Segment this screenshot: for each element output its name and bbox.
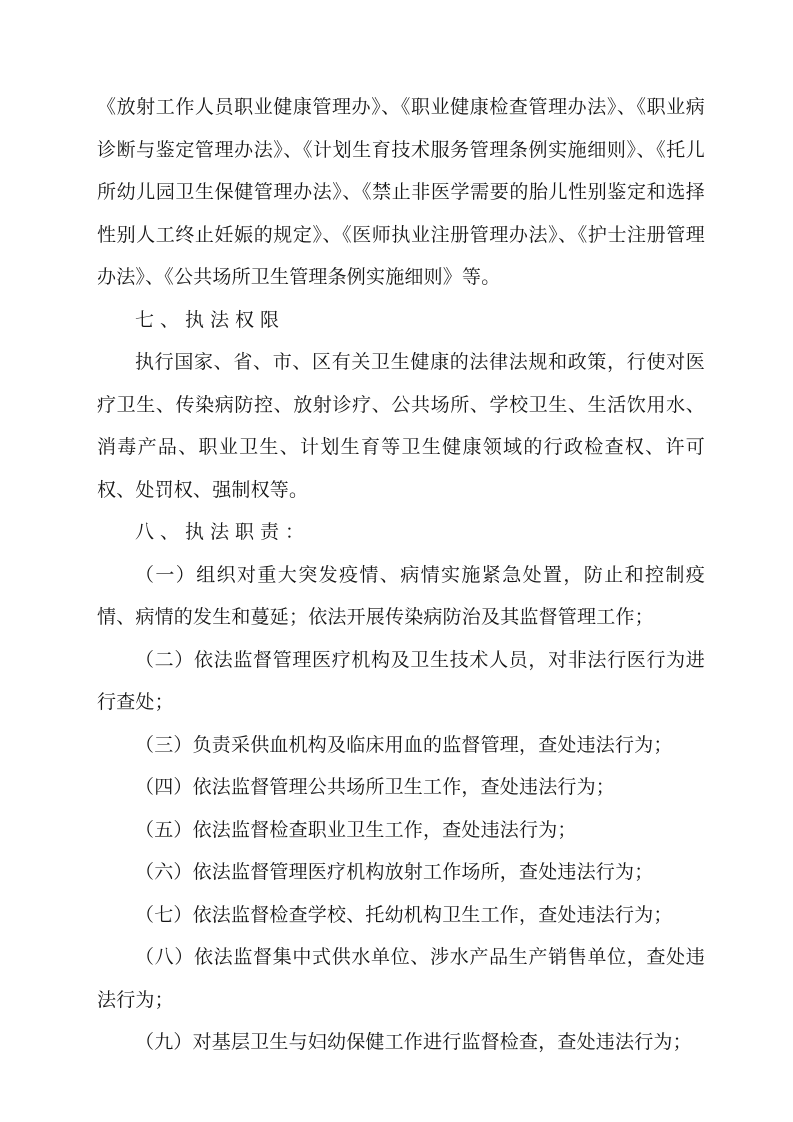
paragraph: （七）依法监督检查学校、托幼机构卫生工作，查处违法行为；	[97, 895, 705, 938]
document-body: 《放射工作人员职业健康管理办》、《职业健康检查管理办法》、《职业病诊断与鉴定管理…	[97, 87, 705, 1065]
section-heading: 七、执法权限	[97, 300, 705, 343]
paragraph: （五）依法监督检查职业卫生工作，查处违法行为；	[97, 810, 705, 853]
paragraph: （四）依法监督管理公共场所卫生工作，查处违法行为；	[97, 767, 705, 810]
paragraph: 《放射工作人员职业健康管理办》、《职业健康检查管理办法》、《职业病诊断与鉴定管理…	[97, 87, 705, 300]
paragraph: （一）组织对重大突发疫情、病情实施紧急处置，防止和控制疫情、病情的发生和蔓延；依…	[97, 555, 705, 640]
paragraph: （六）依法监督管理医疗机构放射工作场所，查处违法行为；	[97, 852, 705, 895]
paragraph: （三）负责采供血机构及临床用血的监督管理，查处违法行为；	[97, 725, 705, 768]
paragraph: （八）依法监督集中式供水单位、涉水产品生产销售单位，查处违法行为；	[97, 937, 705, 1022]
paragraph: 执行国家、省、市、区有关卫生健康的法律法规和政策，行使对医疗卫生、传染病防控、放…	[97, 342, 705, 512]
paragraph: （九）对基层卫生与妇幼保健工作进行监督检查，查处违法行为；	[97, 1022, 705, 1065]
paragraph: （二）依法监督管理医疗机构及卫生技术人员，对非法行医行为进行查处；	[97, 640, 705, 725]
section-heading: 八、执法职责：	[97, 512, 705, 555]
document-page: 《放射工作人员职业健康管理办》、《职业健康检查管理办法》、《职业病诊断与鉴定管理…	[0, 0, 793, 1122]
